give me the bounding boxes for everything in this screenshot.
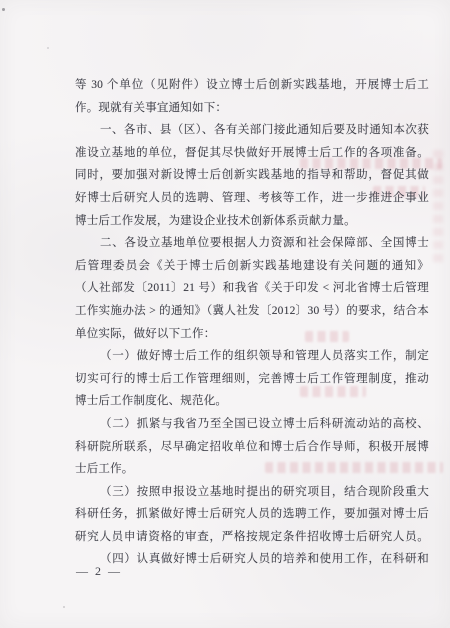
text-line: （一）做好博士后工作的组织领导和管理人员落实工作，制定 — [75, 345, 429, 368]
text-line: 士后工作。 — [75, 458, 429, 481]
text-line: 同时，要加强对新设博士后创新实践基地的指导和帮助，督促其做 — [75, 164, 429, 187]
scan-speck — [47, 47, 49, 49]
text-line: 科研任务，抓紧做好博士后研究人员的选聘工作，要加强对博士后 — [75, 503, 429, 526]
scan-speck — [63, 606, 65, 608]
text-line: （四）认真做好博士后研究人员的培养和使用工作，在科研和 — [75, 548, 429, 571]
text-line: 二、各设立基地单位要根据人力资源和社会保障部、全国博士 — [75, 232, 429, 255]
text-line: 研究人员申请资格的审查，严格按规定条件招收博士后研究人员。 — [75, 526, 429, 549]
text-line: 博士后工作制度化、规范化。 — [75, 390, 429, 413]
text-line: （人社部发〔2011〕21 号）和我省《关于印发 < 河北省博士后管理 — [75, 277, 429, 300]
text-line: 切实可行的博士后工作管理细则，完善博士后工作管理制度，推动 — [75, 368, 429, 391]
page-number: — 2 — — [76, 560, 122, 582]
text-line: 博士后工作发展，为建设企业技术创新体系贡献力量。 — [75, 210, 429, 233]
scanned-document-page: 等 30 个单位（见附件）设立博士后创新实践基地，开展博士后工 作。现就有关事宜… — [0, 0, 450, 628]
document-body: 等 30 个单位（见附件）设立博士后创新实践基地，开展博士后工 作。现就有关事宜… — [75, 74, 429, 571]
text-line: 作。现就有关事宜通知如下： — [75, 97, 429, 120]
text-line: 等 30 个单位（见附件）设立博士后创新实践基地，开展博士后工 — [75, 74, 429, 97]
text-line: 一、各市、县（区）、各有关部门接此通知后要及时通知本次获 — [75, 119, 429, 142]
text-line: （三）按照申报设立基地时提出的研究项目，结合现阶段重大 — [75, 481, 429, 504]
text-line: 准设立基地的单位，督促其尽快做好开展博士后工作的各项准备。 — [75, 142, 429, 165]
text-line: 后管理委员会《关于博士后创新实践基地建设有关问题的通知》 — [75, 255, 429, 278]
text-line: （二）抓紧与我省乃至全国已设立博士后科研流动站的高校、 — [75, 413, 429, 436]
text-line: 工作实施办法 > 的通知》（冀人社发〔2012〕30 号）的要求，结合本 — [75, 300, 429, 323]
text-line: 好博士后研究人员的选聘、管理、考核等工作，进一步推进企事业 — [75, 187, 429, 210]
text-line: 单位实际，做好以下工作： — [75, 323, 429, 346]
ink-bleed-mark — [433, 150, 443, 265]
text-line: 科研院所联系，尽早确定招收单位和博士后合作导师，积极开展博 — [75, 436, 429, 459]
scan-speck — [2, 8, 5, 11]
